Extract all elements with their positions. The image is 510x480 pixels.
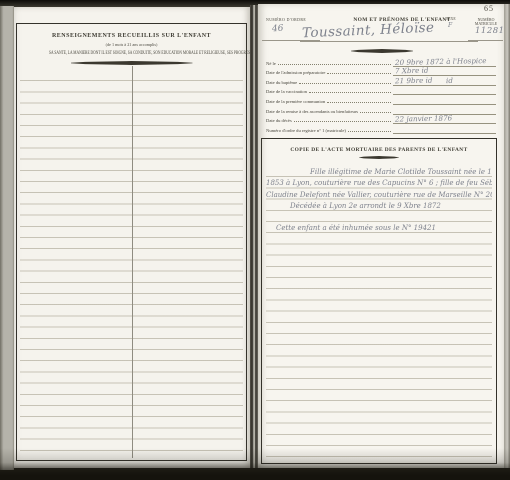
dotted-leader	[360, 111, 391, 113]
dotted-leader	[327, 101, 391, 103]
field-value: 20 9bre 1872 à l'Hospice	[395, 56, 487, 67]
field-row-admission: Date de l'admission préparatoire 7 Xbre …	[266, 67, 496, 77]
field-value: 7 Xbre id	[395, 66, 429, 76]
field-label: Numéro d'ordre du registre n° 1 (matricu…	[266, 128, 346, 134]
dotted-leader	[294, 120, 391, 122]
field-label: Date du décès	[266, 118, 292, 124]
dotted-leader	[348, 130, 391, 132]
book-binding-gutter	[250, 5, 258, 468]
mortuary-line	[266, 211, 492, 222]
field-row-communion: Date de la première communion	[266, 95, 496, 105]
decorative-rule	[71, 61, 193, 65]
dotted-leader	[278, 63, 391, 65]
field-label: Date de l'admission préparatoire	[266, 70, 325, 76]
field-row-deces: Date du décès 22 janvier 1876	[266, 115, 496, 125]
field-label: Date de la première communion	[266, 99, 325, 105]
sex-label: SEXE	[446, 17, 456, 21]
scan-bottom-edge	[0, 448, 510, 480]
sex-value: F	[448, 22, 452, 29]
field-value: 21 9bre id	[395, 75, 433, 85]
mortuary-title: COPIE DE L'ACTE MORTUAIRE DES PARENTS DE…	[262, 147, 496, 153]
page-number: 65	[484, 4, 494, 13]
field-label: Date du baptême	[266, 80, 297, 86]
field-label: Date de la vaccination	[266, 89, 307, 95]
column-divider-line	[132, 66, 133, 458]
decorative-rule	[359, 156, 399, 159]
dotted-leader	[309, 91, 391, 93]
mortuary-line: 1853 à Lyon, couturière rue des Capucins…	[266, 177, 492, 188]
left-page-title: RENSEIGNEMENTS RECUEILLIS SUR L'ENFANT	[17, 33, 246, 39]
dotted-leader	[299, 82, 391, 84]
field-label: Né le	[266, 61, 276, 67]
scan-left-margin	[0, 6, 14, 470]
order-number-value: 46	[272, 24, 284, 35]
left-page: RENSEIGNEMENTS RECUEILLIS SUR L'ENFANT (…	[14, 7, 250, 468]
name-underline	[300, 41, 478, 42]
mortuary-ruled-area: Fille illégitime de Marie Clotilde Touss…	[266, 166, 492, 461]
left-page-ruled-area	[20, 70, 243, 458]
mortuary-act-section: COPIE DE L'ACTE MORTUAIRE DES PARENTS DE…	[261, 138, 497, 464]
record-fields: Né le 20 9bre 1872 à l'Hospice Date de l…	[266, 57, 496, 134]
mortuary-line: Cette enfant a été inhumée sous le N° 19…	[266, 222, 492, 233]
decorative-rule	[351, 49, 413, 53]
dotted-leader	[327, 72, 391, 74]
mortuary-line: Décédée à Lyon 2e arrondt le 9 Xbre 1872	[266, 200, 492, 211]
register-scan: RENSEIGNEMENTS RECUEILLIS SUR L'ENFANT (…	[0, 0, 510, 480]
mortuary-line: Fille illégitime de Marie Clotilde Touss…	[266, 166, 492, 177]
left-page-subtitle: (de 1 mois à 21 ans accomplis)	[17, 42, 246, 47]
field-row-vaccination: Date de la vaccination	[266, 86, 496, 96]
left-page-frame: RENSEIGNEMENTS RECUEILLIS SUR L'ENFANT (…	[16, 23, 247, 461]
scan-right-edge	[504, 4, 510, 468]
mortuary-line: Claudine Delefont née Vallier, couturièr…	[266, 188, 492, 199]
field-row-registre: Numéro d'ordre du registre n° 1 (matricu…	[266, 124, 496, 134]
field-row-birth: Né le 20 9bre 1872 à l'Hospice	[266, 57, 496, 67]
field-row-bapteme: Date du baptême 21 9bre idid	[266, 76, 496, 86]
order-number-label: NUMÉRO D'ORDRE	[266, 18, 306, 22]
field-value-2: id	[446, 76, 453, 85]
matricule-label: NUMÉRO MATRICULE	[469, 18, 503, 26]
right-page: 65 NUMÉRO D'ORDRE 46 NOM ET PRÉNOMS DE L…	[258, 4, 504, 468]
field-row-remise: Date de la remise à des ascendants ou bi…	[266, 105, 496, 115]
field-label: Date de la remise à des ascendants ou bi…	[266, 109, 358, 115]
matricule-underline	[468, 40, 503, 41]
matricule-value: 11281	[475, 26, 505, 36]
field-value: 22 janvier 1876	[395, 114, 452, 124]
left-page-description: SA SANTÉ, LA MANIÈRE DONT IL EST SOIGNÉ,…	[49, 51, 214, 56]
